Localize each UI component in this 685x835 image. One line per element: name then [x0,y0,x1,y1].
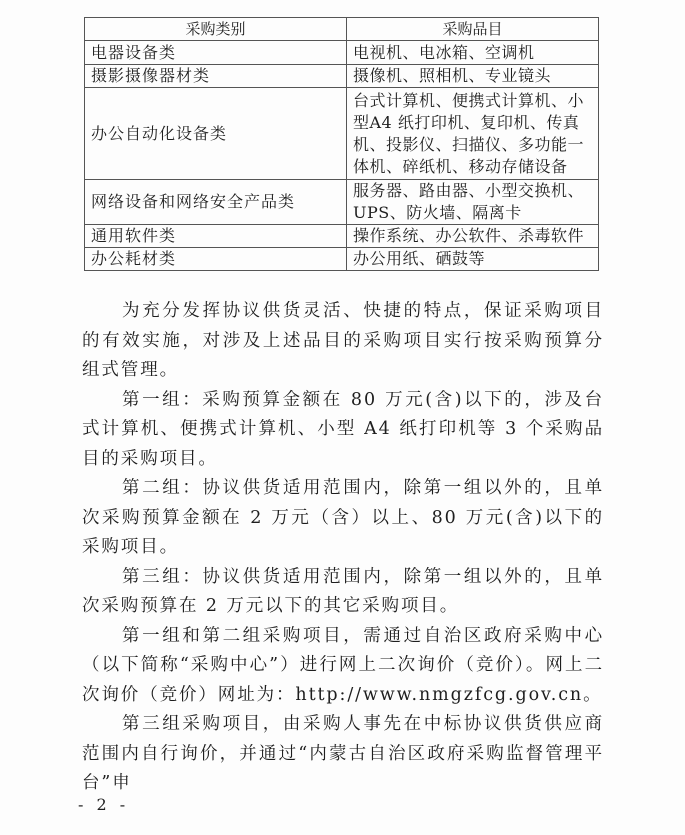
document-page: 采购类别 采购品目 电器设备类 电视机、电冰箱、空调机 摄影摄像器材类 摄像机、… [0,0,685,835]
items-cell: 办公用纸、硒鼓等 [347,248,599,271]
procurement-category-table: 采购类别 采购品目 电器设备类 电视机、电冰箱、空调机 摄影摄像器材类 摄像机、… [84,17,599,271]
category-cell: 办公耗材类 [85,248,347,271]
paragraph-group-three-procedure: 第三组采购项目，由采购人事先在中标协议供货供应商范围内自行询价，并通过“内蒙古自… [82,710,604,799]
table-row: 电器设备类 电视机、电冰箱、空调机 [85,41,599,65]
table-header-row: 采购类别 采购品目 [85,18,599,41]
table-row: 办公自动化设备类 台式计算机、便携式计算机、小型A4 纸打印机、复印机、传真机、… [85,88,599,180]
items-cell: 电视机、电冰箱、空调机 [347,41,599,65]
category-cell: 电器设备类 [85,41,347,65]
items-cell: 台式计算机、便携式计算机、小型A4 纸打印机、复印机、传真机、投影仪、扫描仪、多… [347,88,599,180]
category-cell: 网络设备和网络安全产品类 [85,180,347,225]
table-row: 网络设备和网络安全产品类 服务器、路由器、小型交换机、UPS、防火墙、隔离卡 [85,180,599,225]
body-text: 为充分发挥协议供货灵活、快捷的特点，保证采购项目的有效实施，对涉及上述品目的采购… [82,297,604,799]
paragraph-group-three: 第三组：协议供货适用范围内，除第一组以外的，且单次采购预算在 2 万元以下的其它… [82,563,604,622]
paragraph-group-one: 第一组：采购预算金额在 80 万元(含)以下的，涉及台式计算机、便携式计算机、小… [82,386,604,475]
items-cell: 摄像机、照相机、专业镜头 [347,65,599,88]
category-cell: 通用软件类 [85,225,347,248]
paragraph-group-two: 第二组：协议供货适用范围内，除第一组以外的，且单次采购预算金额在 2 万元（含）… [82,474,604,563]
paragraph-online-inquiry: 第一组和第二组采购项目，需通过自治区政府采购中心（以下简称“采购中心”）进行网上… [82,622,604,711]
column-header-category: 采购类别 [85,18,347,41]
table-row: 摄影摄像器材类 摄像机、照相机、专业镜头 [85,65,599,88]
table-row: 办公耗材类 办公用纸、硒鼓等 [85,248,599,271]
table-row: 通用软件类 操作系统、办公软件、杀毒软件 [85,225,599,248]
items-cell: 服务器、路由器、小型交换机、UPS、防火墙、隔离卡 [347,180,599,225]
category-cell: 办公自动化设备类 [85,88,347,180]
page-number: - 2 - [78,795,129,814]
column-header-items: 采购品目 [347,18,599,41]
items-cell: 操作系统、办公软件、杀毒软件 [347,225,599,248]
paragraph-intro: 为充分发挥协议供货灵活、快捷的特点，保证采购项目的有效实施，对涉及上述品目的采购… [82,297,604,386]
category-cell: 摄影摄像器材类 [85,65,347,88]
